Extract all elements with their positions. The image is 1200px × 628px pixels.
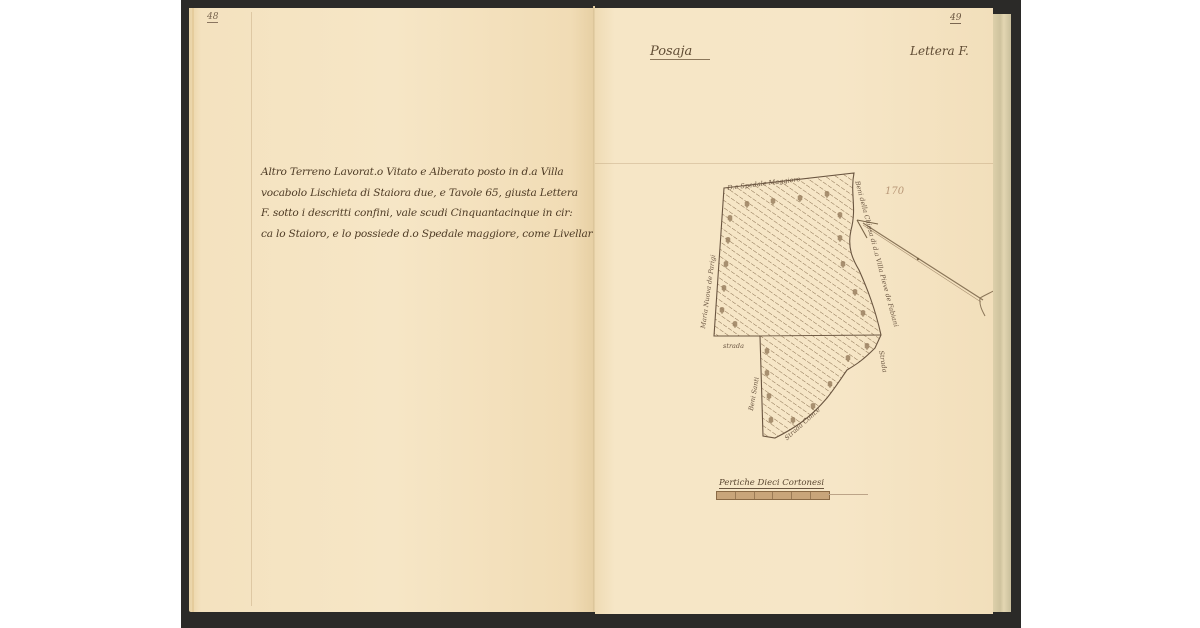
description-line: vocabolo Lischieta di Staiora due, e Tav… — [261, 183, 601, 204]
page-edges-stack — [993, 14, 1011, 612]
left-page: 48 Altro Terreno Lavorat.o Vitato e Albe… — [189, 8, 595, 612]
boundary-label-notch: strada — [723, 342, 744, 350]
scanned-book-spread: 48 Altro Terreno Lavorat.o Vitato e Albe… — [181, 0, 1021, 628]
field-plot-drawing — [595, 8, 993, 614]
right-page: Posaja Lettera F. 49 170 — [595, 8, 993, 614]
scale-label: Pertiche Dieci Cortonesi — [719, 478, 824, 489]
margin-rule — [251, 12, 252, 606]
scale-extension-line — [828, 494, 868, 495]
field-parcel-outline — [714, 173, 881, 438]
description-line: Altro Terreno Lavorat.o Vitato e Alberat… — [261, 162, 601, 183]
field-description: Altro Terreno Lavorat.o Vitato e Alberat… — [261, 162, 601, 244]
description-line: ca lo Staioro, e lo possiede d.o Spedale… — [261, 224, 601, 245]
description-line: F. sotto i descritti confini, vale scudi… — [261, 203, 601, 224]
scale-bar — [716, 491, 830, 500]
folio-number-left: 48 — [207, 12, 218, 23]
